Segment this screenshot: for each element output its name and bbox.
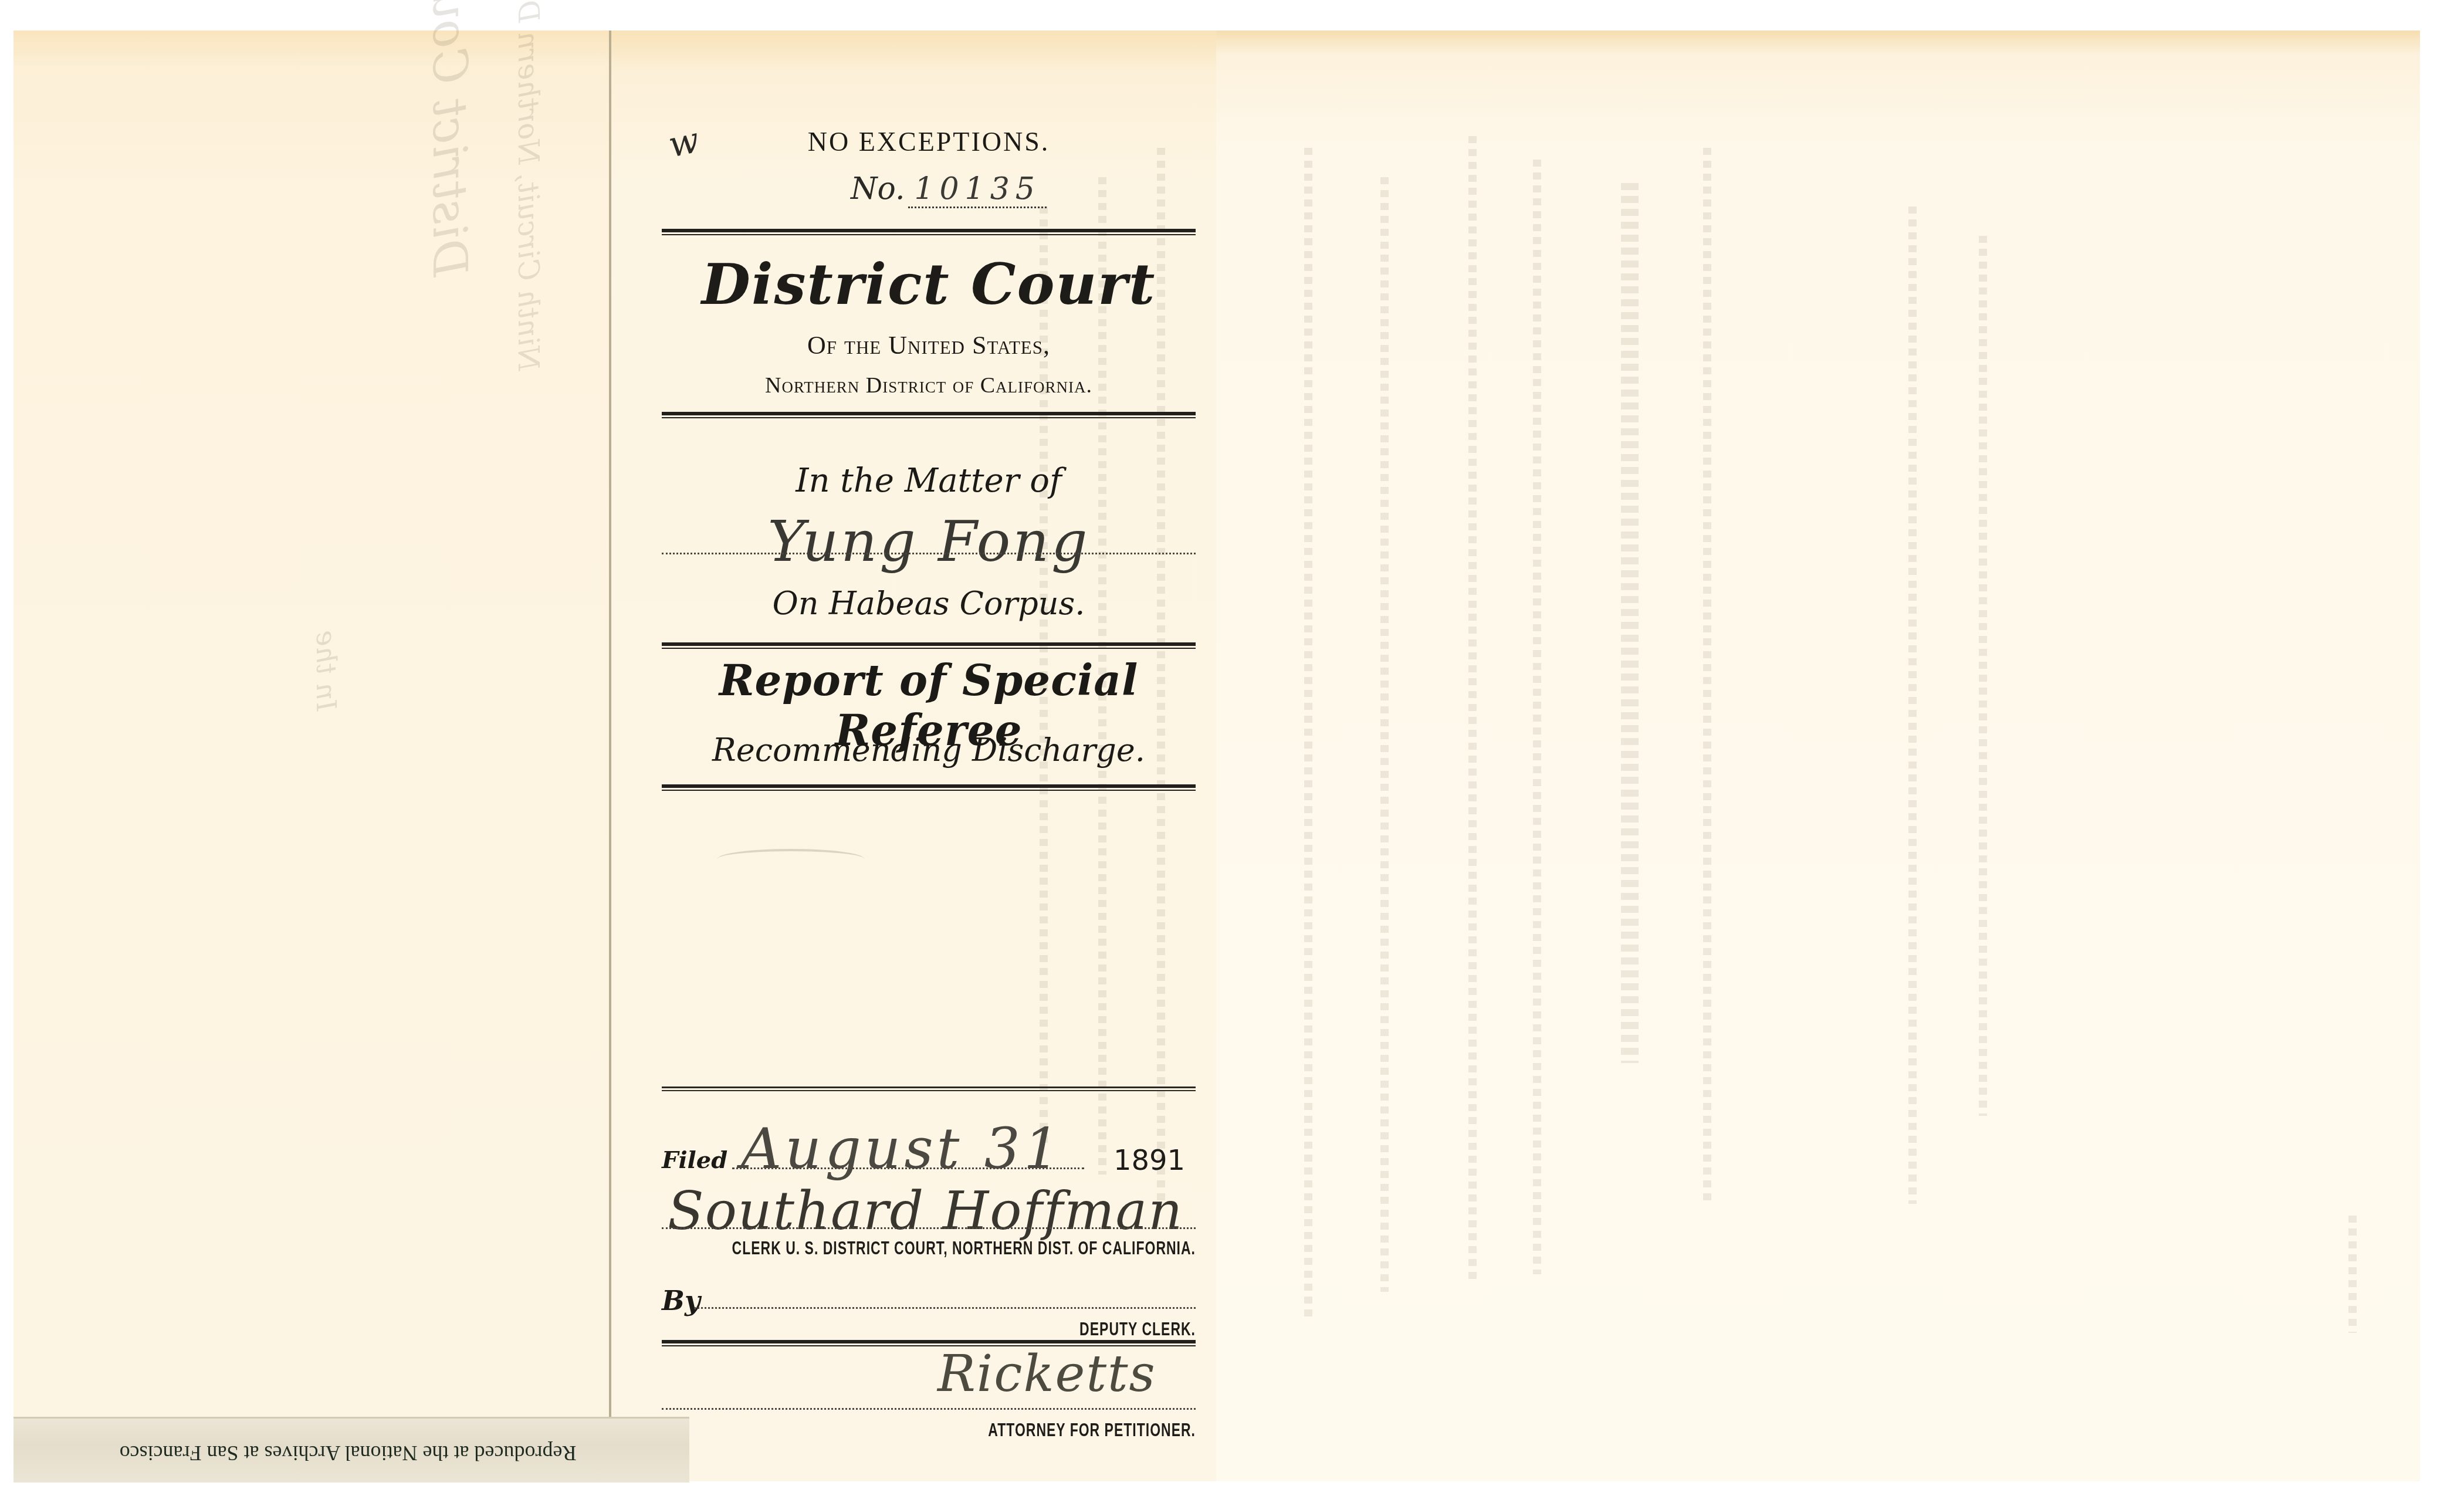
petitioner-dotted-line xyxy=(662,553,1196,554)
attorney-signature: Ricketts xyxy=(937,1345,1156,1403)
court-district: Northern District of California. xyxy=(662,373,1196,398)
bleed-through-lines xyxy=(1380,177,1389,1292)
court-title: District Court xyxy=(662,251,1196,317)
divider-rule xyxy=(662,412,1196,418)
attorney-dotted-line xyxy=(662,1408,1196,1410)
bleed-through-lines xyxy=(1703,148,1711,1204)
filed-date: August 31 xyxy=(741,1116,1063,1182)
document-sheet: District Court of the United States Nint… xyxy=(13,31,2420,1481)
bleed-through-lines xyxy=(1908,207,1917,1204)
court-subtitle: Of the United States, xyxy=(662,330,1196,360)
attorney-caption: ATTORNEY FOR PETITIONER. xyxy=(988,1420,1196,1441)
left-panel: District Court of the United States Nint… xyxy=(13,31,609,1481)
filed-row: Filed August 31 1891 xyxy=(662,1133,1196,1180)
no-exceptions-stamp: NO EXCEPTIONS. xyxy=(662,126,1196,157)
bleed-through-lines xyxy=(1621,183,1639,1063)
bleed-through-circuit: Ninth Circuit, Northern District of Cali… xyxy=(512,0,544,371)
divider-rule xyxy=(662,229,1196,235)
case-number: No.10135 xyxy=(851,171,1047,208)
by-label: By xyxy=(662,1285,700,1316)
bleed-through-court-title: District Court of the United States xyxy=(422,0,477,277)
bleed-through-lines xyxy=(1979,236,1987,1116)
case-number-value: 10135 xyxy=(908,171,1046,208)
bleed-through-lines xyxy=(2348,1216,2357,1333)
bleed-through-lines xyxy=(1533,160,1541,1274)
divider-rule xyxy=(662,642,1196,649)
divider-rule xyxy=(662,784,1196,791)
deputy-dotted-line xyxy=(694,1307,1196,1309)
recommendation: Recommending Discharge. xyxy=(662,732,1196,769)
on-habeas-corpus: On Habeas Corpus. xyxy=(662,585,1196,622)
bleed-through-in-the: In the xyxy=(310,630,342,711)
clerk-signature: Southard Hoffman xyxy=(668,1180,1183,1242)
filed-year: 1891 xyxy=(1113,1144,1185,1177)
in-the-matter-of: In the Matter of xyxy=(662,462,1196,500)
archive-label-text: Reproduced at the National Archives at S… xyxy=(55,1441,641,1465)
case-number-label: No. xyxy=(851,171,905,207)
bleed-through-lines xyxy=(1304,148,1312,1321)
deputy-caption: DEPUTY CLERK. xyxy=(1079,1319,1196,1340)
right-panel xyxy=(1216,31,2420,1481)
clerk-dotted-line xyxy=(662,1227,1196,1229)
petitioner-name: Yung Fong xyxy=(662,509,1196,574)
bleed-through-lines xyxy=(1468,136,1477,1280)
clerk-caption: CLERK U. S. DISTRICT COURT, NORTHERN DIS… xyxy=(732,1238,1196,1259)
thin-divider-rule xyxy=(662,1087,1196,1091)
archive-label: Reproduced at the National Archives at S… xyxy=(13,1417,689,1483)
faint-flourish xyxy=(717,849,864,869)
filed-label: Filed xyxy=(662,1146,727,1174)
